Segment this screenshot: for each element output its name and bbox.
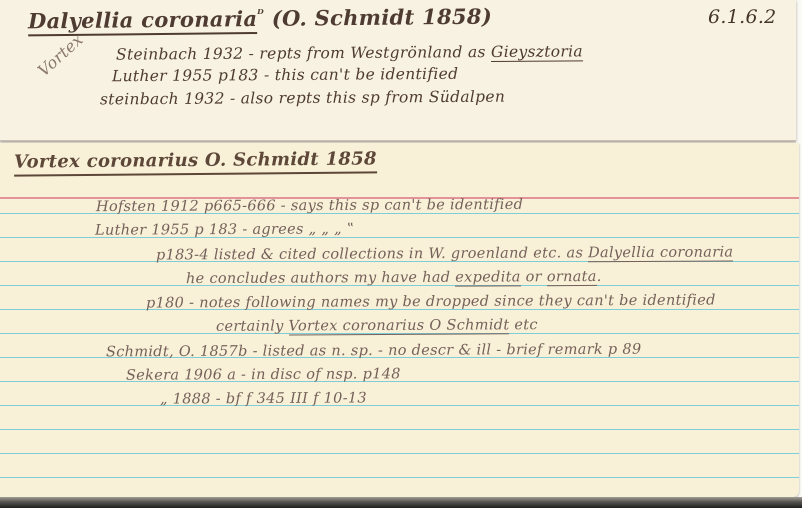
reference-line: Sekera 1906 a - in disc of nsp. p148 [126,366,401,383]
species-mention: Dalyellia coronaria [588,244,733,262]
reference-line: steinbach 1932 - also repts this sp from… [100,88,505,109]
reference-line: Steinbach 1932 - repts from Westgrönland… [116,42,583,63]
top-index-card: Dalyellia coronariaᴰ (O. Schmidt 1858) 6… [0,0,796,141]
reference-line: Hofsten 1912 p665-666 - says this sp can… [96,197,523,215]
catalog-number: 6.1.6.2 [708,6,777,28]
reference-line: p180 - notes following names my be dropp… [146,293,716,312]
species-name: Dalyellia coronaria [28,6,258,36]
superscript-mark: ᴰ [257,7,264,21]
reference-line: Luther 1955 p 183 - agrees „ „ „ ‟ [95,221,355,238]
synonym-heading: Vortex coronarius O. Schmidt 1858 [14,148,377,172]
reference-line: Schmidt, O. 1857b - listed as n. sp. - n… [106,342,642,361]
reference-line: „ 1888 - bf f 345 III f 10-13 [160,390,367,407]
reference-line: Luther 1955 p183 - this can't be identif… [112,65,458,85]
reference-line: certainly Vortex coronarius O Schmidt et… [216,317,538,335]
reference-line: he concludes authors my have had expedit… [186,269,602,287]
pencil-margin-note: Vortex [34,30,87,80]
species-authority: (O. Schmidt 1858) [272,4,492,31]
genus-note: Gieysztoria [491,42,583,62]
species-mention: Vortex coronarius O Schmidt [288,317,509,335]
reference-line: p183-4 listed & cited collections in W. … [156,244,733,263]
species-mention: expedita [455,269,521,286]
scan-edge [0,497,802,508]
species-mention: ornata [547,269,597,286]
top-card-title: Dalyellia coronariaᴰ (O. Schmidt 1858) [28,4,492,34]
